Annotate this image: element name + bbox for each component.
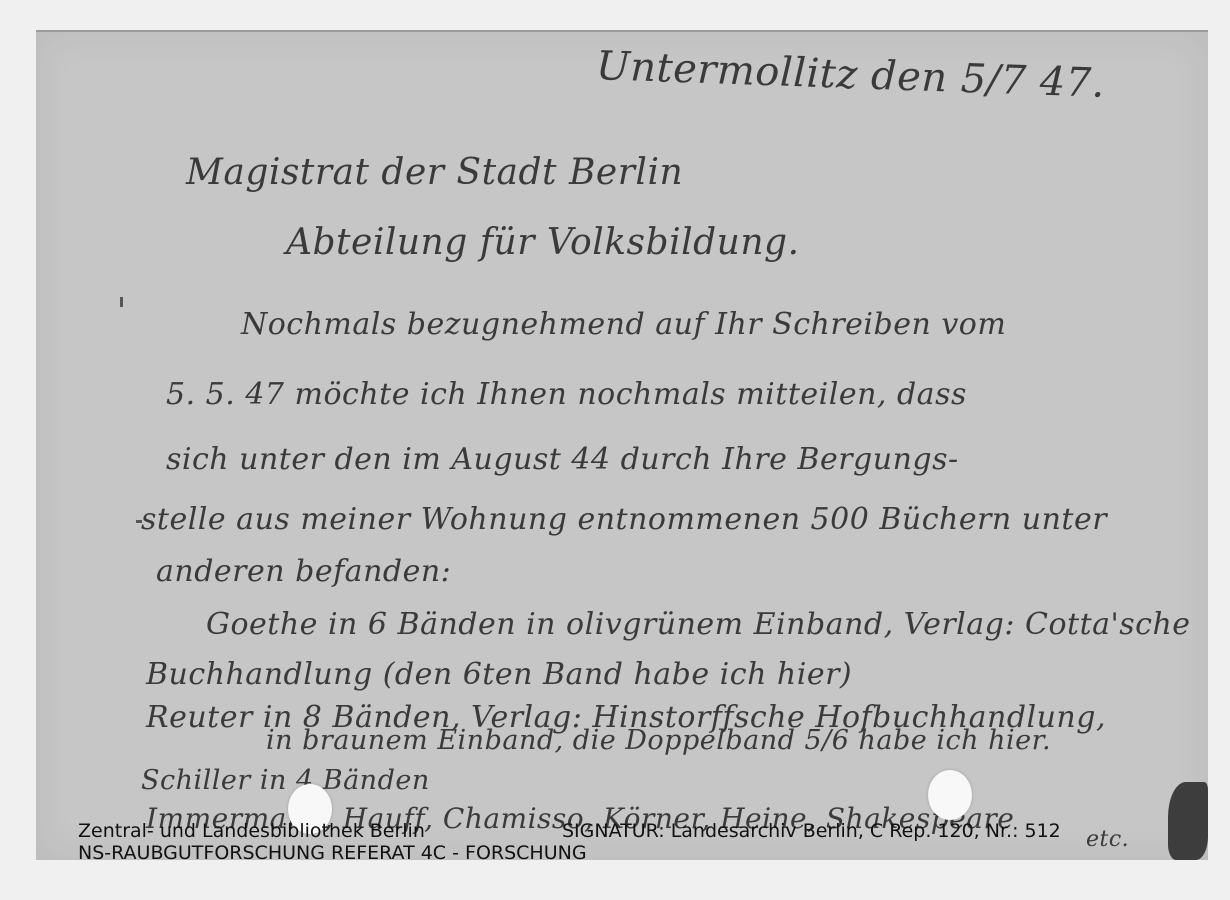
body-line: 5. 5. 47 möchte ich Ihnen nochmals mitte…: [166, 377, 967, 412]
body-line: stelle aus meiner Wohnung entnommenen 50…: [141, 502, 1107, 537]
book-entry-reuter-cont: in braunem Einband, die Doppelband 5/6 h…: [266, 725, 1051, 756]
book-entry-goethe-cont: Buchhandlung (den 6ten Band habe ich hie…: [146, 657, 852, 692]
punch-hole: [928, 770, 972, 820]
archive-footer: Zentral- und Landesbibliothek Berlin NS-…: [78, 820, 587, 864]
margin-mark: [120, 297, 123, 307]
body-line: sich unter den im August 44 durch Ihre B…: [166, 442, 959, 477]
archival-card: Untermollitz den 5/7 47. Magistrat der S…: [36, 30, 1208, 860]
address-line-1: Magistrat der Stadt Berlin: [186, 152, 683, 193]
footer-library: Zentral- und Landesbibliothek Berlin: [78, 820, 587, 842]
footer-department: NS-RAUBGUTFORSCHUNG REFERAT 4C - FORSCHU…: [78, 842, 587, 864]
footer-signature: SIGNATUR: Landesarchiv Berlin, C Rep. 12…: [562, 820, 1061, 842]
body-line: anderen befanden:: [156, 554, 451, 589]
date-line: Untermollitz den 5/7 47.: [595, 43, 1105, 107]
ink-blot: [1168, 782, 1208, 860]
address-line-2: Abteilung für Volksbildung.: [286, 222, 800, 263]
book-entry-etc: etc.: [1086, 827, 1129, 852]
book-entry-schiller: Schiller in 4 Bänden: [141, 765, 430, 796]
book-entry-goethe: Goethe in 6 Bänden in olivgrünem Einband…: [206, 607, 1191, 642]
body-line: Nochmals bezugnehmend auf Ihr Schreiben …: [241, 307, 1006, 342]
